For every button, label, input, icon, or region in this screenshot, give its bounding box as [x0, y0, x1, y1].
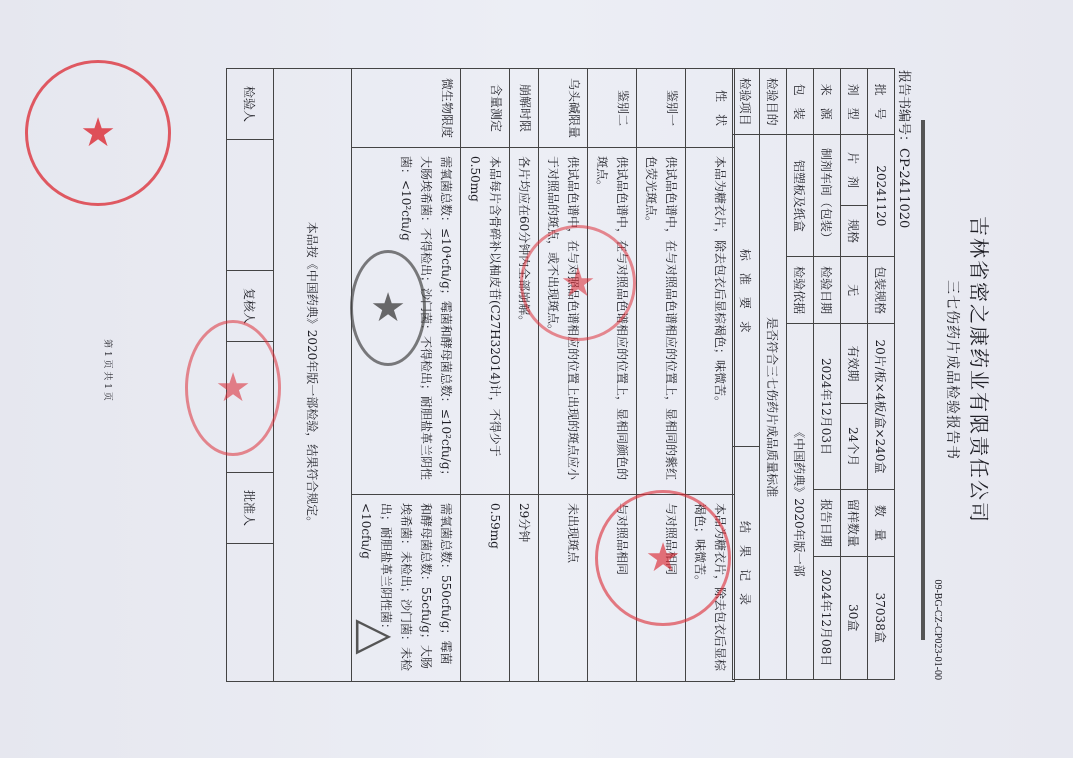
retain-label: 留样数量: [841, 490, 868, 556]
test-item: 鉴别一: [637, 69, 685, 148]
star-icon: ★: [560, 260, 596, 306]
test-item: 含量测定: [461, 69, 509, 148]
qc-seal-3: ★: [185, 320, 281, 456]
test-standard: 本品每片含骨碎补以柚皮苷(C27H32O14)计，不得少于0.50mg: [461, 148, 509, 495]
company-title: 吉林省密之康药业有限责任公司: [966, 40, 995, 700]
approver-label: 批准人: [227, 473, 273, 544]
test-item: 崩解时限: [510, 69, 538, 148]
test-row: 微生物限度需氧菌总数：≤10⁴cfu/g；霉菌和酵母菌总数：≤10²cfu/g；…: [352, 69, 461, 681]
test-result: 0.59mg: [461, 495, 509, 681]
scanned-paper: 吉林省密之康药业有限责任公司 三七伤药片成品检验报告书 09-BG-CZ-CP0…: [0, 0, 1073, 758]
retain-value: 30盒: [841, 556, 868, 680]
spec-label: 规格: [841, 205, 868, 257]
header-divider: [921, 120, 925, 640]
qc-seal: ★: [595, 490, 731, 626]
result-header: 结 果 记 录: [733, 447, 760, 680]
test-row: 含量测定本品每片含骨碎补以柚皮苷(C27H32O14)计，不得少于0.50mg0…: [461, 69, 510, 681]
test-date-value: 2024年12月03日: [814, 323, 841, 489]
item-header: 检验项目: [733, 69, 760, 135]
conclusion-text: 本品按《中国药典》2020年版一部检验，结果符合规定。: [305, 222, 319, 529]
test-date-label: 检验日期: [814, 257, 841, 323]
batch-value: 20241120: [868, 135, 895, 257]
source-value: 制剂车间（包装）: [814, 135, 841, 257]
dept-seal: ★: [350, 250, 426, 366]
pack-spec-value: 20片/板×4板/盒×240盒: [868, 323, 895, 489]
star-icon: ★: [645, 535, 681, 581]
qc-seal-2: ★: [520, 225, 636, 341]
basis-label: 检验依据: [787, 257, 814, 323]
test-result: 29分钟: [510, 495, 538, 681]
basis-value: 《中国药典》2020年版一部: [787, 323, 814, 679]
report-date-label: 报告日期: [814, 490, 841, 556]
test-item: 微生物限度: [352, 69, 460, 148]
report-date-value: 2024年12月08日: [814, 556, 841, 680]
report-number: 报告书编号：CP-2411020: [896, 70, 915, 228]
report-subtitle: 三七伤药片成品检验报告书: [943, 40, 963, 700]
test-item: 鉴别二: [588, 69, 636, 148]
test-item: 性 状: [686, 69, 734, 148]
conclusion: 本品按《中国药典》2020年版一部检验，结果符合规定。: [274, 69, 352, 681]
package-value: 铝塑板及纸盒: [787, 135, 814, 257]
purpose-label: 检验目的: [760, 69, 787, 135]
approver-signature: [227, 544, 273, 681]
test-row: 崩解时限各片均应在60分钟内全部崩解。29分钟: [510, 69, 539, 681]
test-standard: 供试品色谱中，在与对照品色谱相应的位置上，显相同的紫红色荧光斑点。: [637, 148, 685, 495]
test-result: 未出现斑点: [539, 495, 587, 681]
report-number-label: 报告书编号：: [896, 70, 911, 148]
info-table: 批 号 20241120 包装规格 20片/板×4板/盒×240盒 数 量 37…: [732, 68, 895, 680]
expiry-value: 24个月: [841, 404, 868, 490]
standard-header: 标 准 要 求: [733, 135, 760, 447]
expiry-label: 有效期: [841, 323, 868, 403]
spec-value: 无: [841, 257, 868, 323]
star-icon: ★: [370, 285, 406, 331]
qualified-triangle-stamp: △: [351, 619, 405, 654]
form-value: 片 剂: [841, 135, 868, 205]
form-code: 09-BG-CZ-CP023-01-00: [932, 579, 943, 680]
package-label: 包 装: [787, 69, 814, 135]
report-number-value: CP-2411020: [896, 148, 911, 228]
test-item: 乌头碱限量: [539, 69, 587, 148]
qty-value: 37038盒: [868, 556, 895, 680]
pack-spec-label: 包装规格: [868, 257, 895, 323]
star-icon: ★: [80, 110, 116, 156]
purpose-value: 是否符合三七伤药片成品质量标准: [760, 135, 787, 680]
qty-label: 数 量: [868, 490, 895, 556]
batch-label: 批 号: [868, 69, 895, 135]
test-standard: 本品为糖衣片，除去包衣后显棕褐色；味微苦。: [686, 148, 734, 495]
test-row: 乌头碱限量供试品色谱中，在与对照品色谱相应的位置上出现的斑点应小于对照品的斑点，…: [539, 69, 588, 681]
company-seal: ★: [25, 60, 171, 206]
inspector-signature: [227, 140, 273, 271]
source-label: 来 源: [814, 69, 841, 135]
inspector-label: 检验人: [227, 69, 273, 140]
form-label: 剂 型: [841, 69, 868, 135]
star-icon: ★: [215, 365, 251, 411]
